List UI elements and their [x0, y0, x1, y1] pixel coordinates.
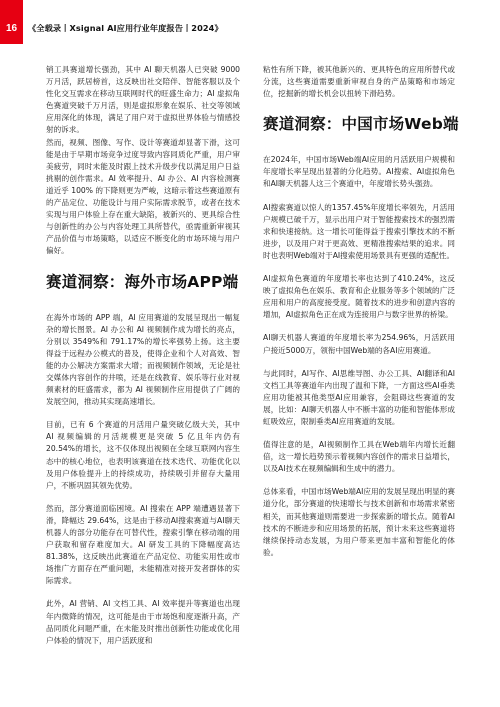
paragraph: 此外，AI 营销、AI 文档工具、AI 效率提升等赛道也出现年内微降的情况，这可… [46, 598, 240, 646]
right-column: 粘性有所下降，被其他新兴的、更具特色的应用所替代或分流，这些赛道需要重新审视自身… [263, 64, 455, 570]
left-column: 销工具赛道增长强劲，其中 AI 聊天机器人已突破 9000 万月活，跃居榜首，这… [46, 64, 240, 658]
paragraph: 然而，视频、图像、写作、设计等赛道却显著下滑，这可能是由于早期市场竞争过度导致内… [46, 137, 240, 258]
paragraph: AI搜索赛道以惊人的1357.45%年度增长率领先，月活用户规模已破千万，显示出… [263, 202, 455, 262]
paragraph: 总体来看，中国市场Web端AI应用的发展呈现出明显的赛道分化，部分赛道的快速增长… [263, 486, 455, 559]
paragraph: 与此同时，AI写作、AI思维导图、办公工具、AI翻译和AI文档工具等赛道年内出现… [263, 368, 455, 428]
paragraph: AI聊天机器人赛道的年度增长率为254.96%，月活跃用户接近5000万，领衔中… [263, 332, 455, 356]
section-title-china-web: 赛道洞察：中国市场Web端 [263, 114, 455, 134]
page-number: 16 [6, 23, 17, 34]
section-title-overseas-app: 赛道洞察：海外市场APP端 [46, 272, 240, 292]
paragraph: 在2024年，中国市场Web端AI应用的月活跃用户规模和年度增长率呈现出显著的分… [263, 154, 455, 190]
paragraph: 值得注意的是，AI视频制作工具在Web端年内增长近翻倍，这一增长趋势预示着视频内… [263, 439, 455, 475]
paragraph: AI虚拟角色赛道的年度增长率也达到了410.24%，这反映了虚拟角色在娱乐、教育… [263, 273, 455, 321]
running-header-title: 《全载录丨Xsignal AI应用行业年度报告丨2024》 [28, 23, 223, 34]
paragraph: 目前，已有 6 个赛道的月活用户量突破亿级大关，其中 AI 视频编辑的月活规模更… [46, 419, 240, 492]
paragraph: 然而，部分赛道面临困境。AI 搜索在 APP 端遭遇显著下滑，降幅达 29.64… [46, 503, 240, 588]
paragraph: 在海外市场的 APP 端，AI 应用赛道的发展呈现出一幅复杂的增长图景。AI 办… [46, 312, 240, 409]
paragraph: 销工具赛道增长强劲，其中 AI 聊天机器人已突破 9000 万月活，跃居榜首，这… [46, 64, 240, 137]
paragraph: 粘性有所下降，被其他新兴的、更具特色的应用所替代或分流，这些赛道需要重新审视自身… [263, 64, 455, 100]
page-number-badge: 16 [0, 0, 23, 44]
